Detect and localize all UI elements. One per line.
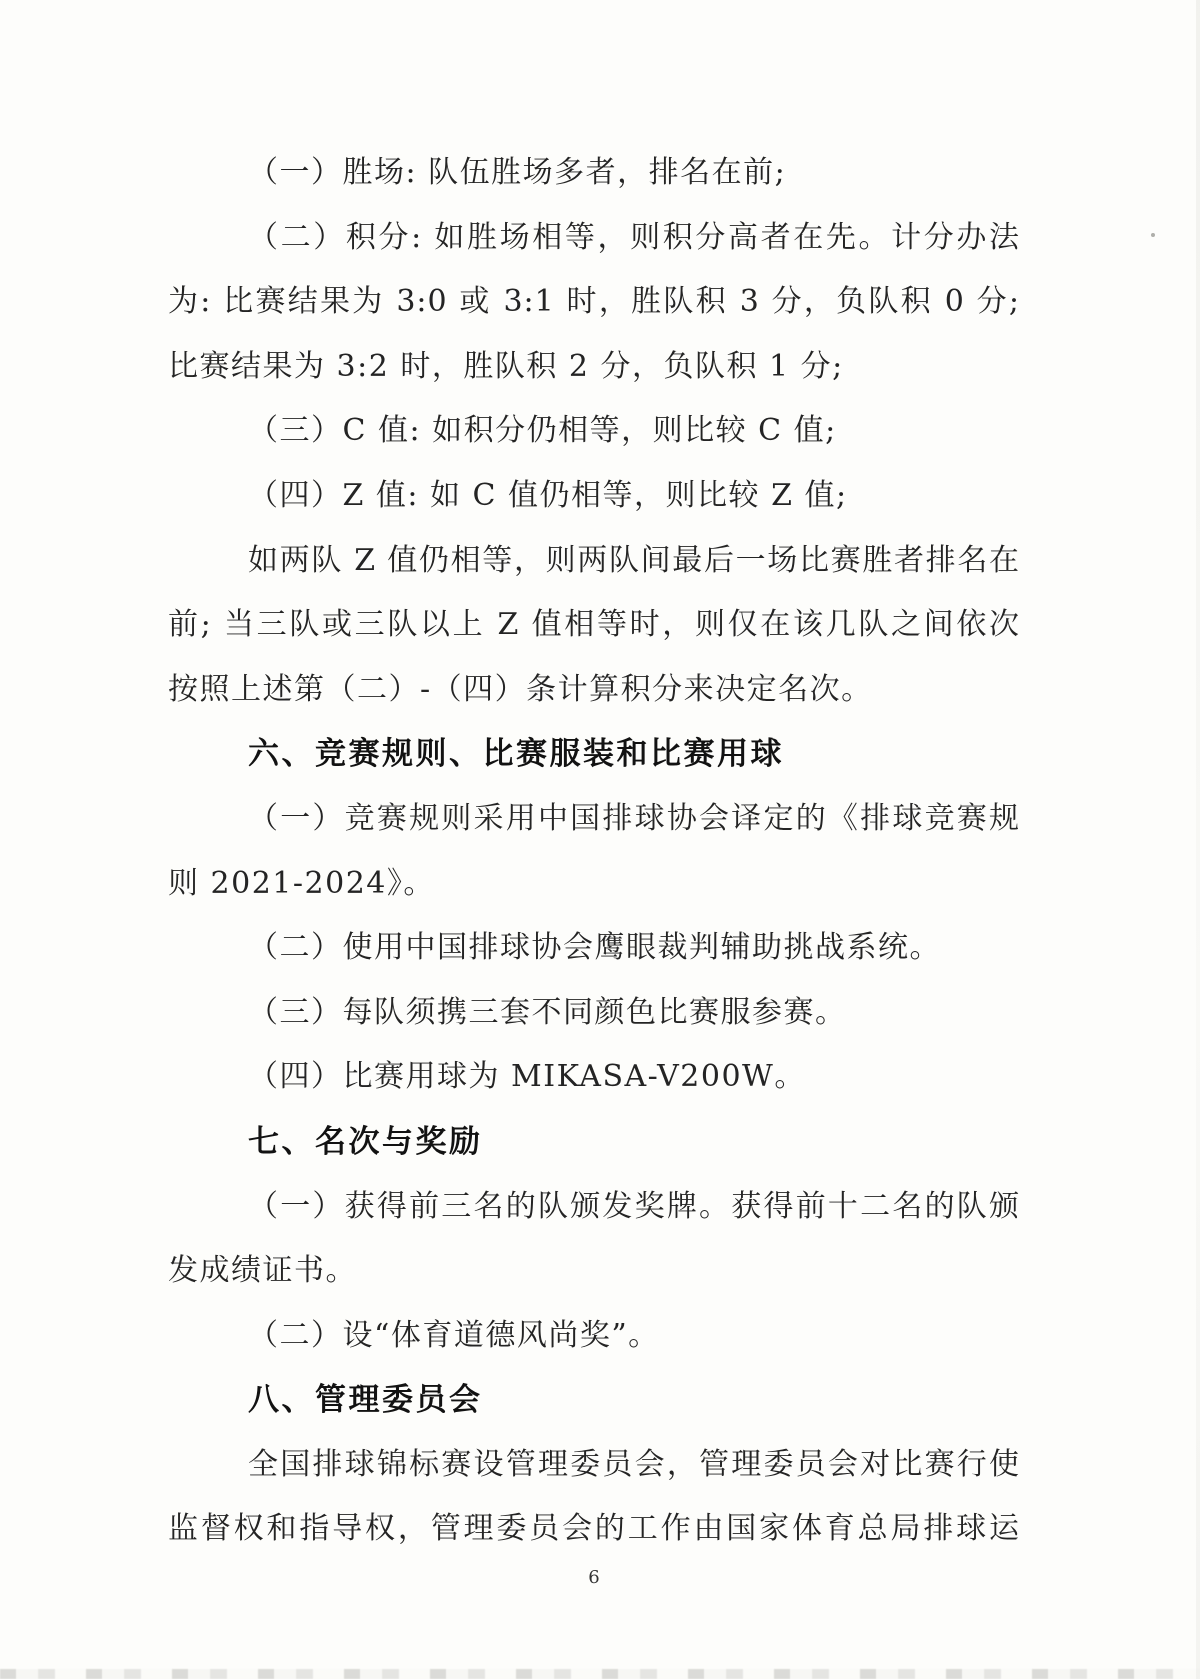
doc-line: 按照上述第（二）-（四）条计算积分来决定名次。: [168, 658, 1020, 723]
doc-line: 前; 当三队或三队以上 Z 值相等时，则仅在该几队之间依次: [168, 593, 1020, 658]
doc-line: 比赛结果为 3:2 时，胜队积 2 分，负队积 1 分;: [168, 335, 1020, 400]
doc-line: （二）设“体育道德风尚奖”。: [168, 1304, 1020, 1369]
ink-speck: [1151, 233, 1155, 237]
doc-line: （三）C 值: 如积分仍相等，则比较 C 值;: [168, 399, 1020, 464]
page-number: 6: [168, 1563, 1020, 1593]
doc-line: 为: 比赛结果为 3:0 或 3:1 时，胜队积 3 分，负队积 0 分;: [168, 270, 1020, 335]
section-heading: 八、管理委员会: [168, 1368, 1020, 1433]
doc-line: 发成绩证书。: [168, 1239, 1020, 1304]
doc-line: 全国排球锦标赛设管理委员会，管理委员会对比赛行使: [168, 1433, 1020, 1498]
document-text-column: （一）胜场: 队伍胜场多者，排名在前; （二）积分: 如胜场相等，则积分高者在先…: [168, 141, 1020, 1562]
doc-line: 则 2021-2024》。: [168, 852, 1020, 917]
section-heading: 六、竞赛规则、比赛服装和比赛用球: [168, 722, 1020, 787]
doc-line: （二）积分: 如胜场相等，则积分高者在先。计分办法: [168, 206, 1020, 271]
doc-line: （一）胜场: 队伍胜场多者，排名在前;: [168, 141, 1020, 206]
section-heading: 七、名次与奖励: [168, 1110, 1020, 1175]
scan-edge-bottom: [0, 1669, 1200, 1679]
document-page: （一）胜场: 队伍胜场多者，排名在前; （二）积分: 如胜场相等，则积分高者在先…: [0, 0, 1200, 1679]
doc-line: （一）获得前三名的队颁发奖牌。获得前十二名的队颁: [168, 1175, 1020, 1240]
doc-line: （四）Z 值: 如 C 值仍相等，则比较 Z 值;: [168, 464, 1020, 529]
doc-line: （四）比赛用球为 MIKASA-V200W。: [168, 1045, 1020, 1110]
ink-speck: [641, 1208, 644, 1211]
doc-line: 如两队 Z 值仍相等，则两队间最后一场比赛胜者排名在: [168, 529, 1020, 594]
doc-line: （一）竞赛规则采用中国排球协会译定的《排球竞赛规: [168, 787, 1020, 852]
doc-line: 监督权和指导权，管理委员会的工作由国家体育总局排球运: [168, 1497, 1020, 1562]
doc-line: （三）每队须携三套不同颜色比赛服参赛。: [168, 981, 1020, 1046]
doc-line: （二）使用中国排球协会鹰眼裁判辅助挑战系统。: [168, 916, 1020, 981]
scan-edge-right: [1196, 0, 1200, 1679]
